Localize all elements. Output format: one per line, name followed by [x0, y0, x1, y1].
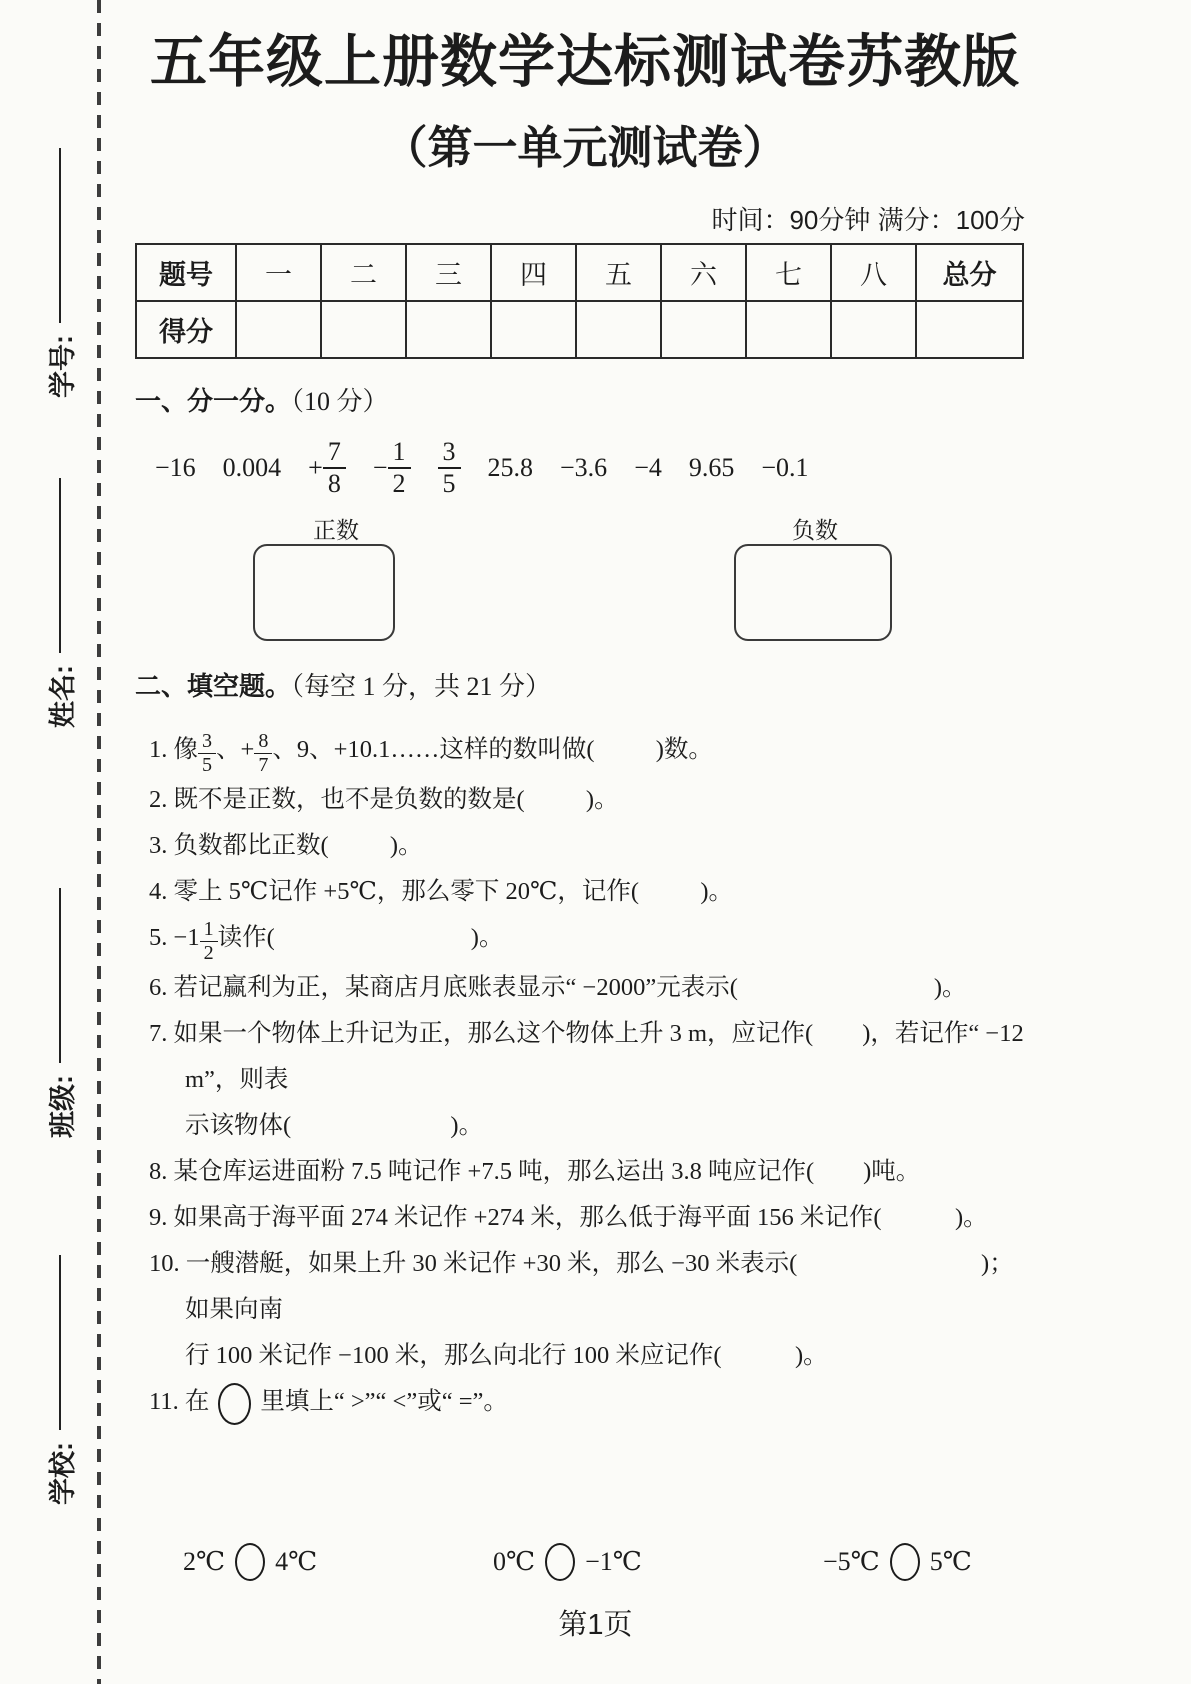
comparison-1-right: 4℃: [275, 1547, 317, 1577]
score-table: 题号一二三四五六七八总分 得分: [135, 243, 1024, 359]
fraction: 12: [200, 918, 218, 965]
negative-answer-box[interactable]: [734, 544, 892, 641]
number-item: −4: [634, 453, 662, 483]
class-blank[interactable]: [59, 888, 61, 1063]
score-cell-2[interactable]: [321, 301, 406, 358]
school-blank[interactable]: [59, 1255, 61, 1430]
margin-field-student-number: 学号:: [40, 148, 80, 398]
comparison-3-right: 5℃: [930, 1547, 972, 1577]
question-6: 6. 若记赢利为正，某商店月底账表显示“ −2000”元表示( )。: [149, 965, 1035, 1011]
question-7: 7. 如果一个物体上升记为正，那么这个物体上升 3 m，应记作( )，若记作“ …: [149, 1011, 1035, 1149]
comparison-1-left: 2℃: [183, 1547, 225, 1577]
number-item: −16: [155, 453, 196, 483]
question-2: 2. 既不是正数，也不是负数的数是( )。: [149, 777, 1035, 823]
classification-boxes: 正数 负数: [135, 512, 1035, 644]
fraction: 35: [438, 437, 461, 499]
number-item: −0.1: [761, 453, 808, 483]
score-cell-7[interactable]: [746, 301, 831, 358]
score-cell-5[interactable]: [576, 301, 661, 358]
school-label: 学校:: [41, 1442, 80, 1505]
number-item: 35: [438, 437, 461, 499]
score-col-9: 总分: [916, 244, 1023, 301]
margin-field-school: 学校:: [40, 1255, 80, 1505]
section-1-heading-points: （10 分）: [291, 387, 389, 416]
number-item: 0.004: [223, 453, 282, 483]
score-cell-6[interactable]: [661, 301, 746, 358]
comparison-2-circle[interactable]: [545, 1543, 575, 1581]
fill-circle[interactable]: [218, 1383, 251, 1425]
score-col-4: 四: [491, 244, 576, 301]
score-cell-9[interactable]: [916, 301, 1023, 358]
question-1: 1. 像35、+87、9、+10.1……这样的数叫做( )数。: [149, 727, 1035, 777]
score-col-2: 二: [321, 244, 406, 301]
number-item: 25.8: [488, 453, 534, 483]
score-col-1: 一: [236, 244, 321, 301]
section-1-heading: 一、分一分。（10 分）: [135, 381, 1035, 418]
question-10: 10. 一艘潜艇，如果上升 30 米记作 +30 米，那么 −30 米表示( )…: [149, 1241, 1035, 1379]
section-1-heading-bold: 一、分一分。: [135, 386, 291, 416]
positive-box-label: 正数: [313, 512, 359, 545]
comparison-3-left: −5℃: [823, 1547, 880, 1577]
number-item: −12: [373, 437, 411, 499]
question-8: 8. 某仓库运进面粉 7.5 吨记作 +7.5 吨，那么运出 3.8 吨应记作(…: [149, 1149, 1035, 1195]
comparison-3-circle[interactable]: [890, 1543, 920, 1581]
number-item: 9.65: [689, 453, 735, 483]
number-item: −3.6: [560, 453, 607, 483]
question-3: 3. 负数都比正数( )。: [149, 823, 1035, 869]
class-label: 班级:: [41, 1075, 80, 1138]
score-col-7: 七: [746, 244, 831, 301]
name-label: 姓名:: [41, 665, 80, 728]
positive-answer-box[interactable]: [253, 544, 395, 641]
score-cell-1[interactable]: [236, 301, 321, 358]
fraction: 12: [388, 437, 411, 499]
negative-box-label: 负数: [792, 512, 838, 545]
section-2-heading-bold: 二、填空题。: [135, 671, 291, 701]
numbers-to-classify: −160.004+78−123525.8−3.6−49.65−0.1: [135, 436, 1035, 500]
exam-meta: 时间：90分钟 满分：100分: [135, 200, 1025, 237]
comparison-1: 2℃ 4℃: [183, 1543, 317, 1581]
score-col-3: 三: [406, 244, 491, 301]
score-table-score-row: 得分: [136, 301, 1023, 358]
score-col-5: 五: [576, 244, 661, 301]
student-number-blank[interactable]: [59, 148, 61, 323]
section-2-heading: 二、填空题。（每空 1 分，共 21 分）: [135, 666, 1035, 703]
section-2-heading-points: （每空 1 分，共 21 分）: [291, 672, 551, 701]
question-4: 4. 零上 5℃记作 +5℃，那么零下 20℃，记作( )。: [149, 869, 1035, 915]
temperature-comparisons: 2℃ 4℃ 0℃ −1℃ −5℃ 5℃: [135, 1543, 1035, 1597]
fill-in-questions: 1. 像35、+87、9、+10.1……这样的数叫做( )数。2. 既不是正数，…: [135, 727, 1035, 1425]
score-col-6: 六: [661, 244, 746, 301]
student-number-label: 学号:: [41, 335, 80, 398]
fraction: 35: [198, 730, 216, 777]
fraction: 87: [254, 730, 272, 777]
score-row-label: 得分: [136, 301, 236, 358]
number-item: +78: [308, 437, 346, 499]
comparison-2-right: −1℃: [585, 1547, 642, 1577]
name-blank[interactable]: [59, 478, 61, 653]
page-number: 第1页: [0, 1602, 1191, 1643]
score-cell-8[interactable]: [831, 301, 916, 358]
score-table-header-row: 题号一二三四五六七八总分: [136, 244, 1023, 301]
score-cell-4[interactable]: [491, 301, 576, 358]
comparison-3: −5℃ 5℃: [823, 1543, 972, 1581]
fraction: 78: [323, 437, 346, 499]
question-11: 11. 在里填上“ >”“ <”或“ =”。: [149, 1379, 1035, 1425]
margin-field-name: 姓名:: [40, 478, 80, 728]
score-col-0: 题号: [136, 244, 236, 301]
comparison-2: 0℃ −1℃: [493, 1543, 642, 1581]
page-subtitle: （第一单元测试卷）: [135, 122, 1035, 174]
page-title: 五年级上册数学达标测试卷苏教版: [135, 28, 1035, 96]
binding-dashed-line: [97, 0, 101, 1684]
comparison-2-left: 0℃: [493, 1547, 535, 1577]
question-9: 9. 如果高于海平面 274 米记作 +274 米，那么低于海平面 156 米记…: [149, 1195, 1035, 1241]
question-5: 5. −112读作( )。: [149, 915, 1035, 965]
margin-field-class: 班级:: [40, 888, 80, 1138]
score-col-8: 八: [831, 244, 916, 301]
comparison-1-circle[interactable]: [235, 1543, 265, 1581]
score-cell-3[interactable]: [406, 301, 491, 358]
worksheet-page: 五年级上册数学达标测试卷苏教版 （第一单元测试卷） 时间：90分钟 满分：100…: [135, 28, 1035, 1597]
